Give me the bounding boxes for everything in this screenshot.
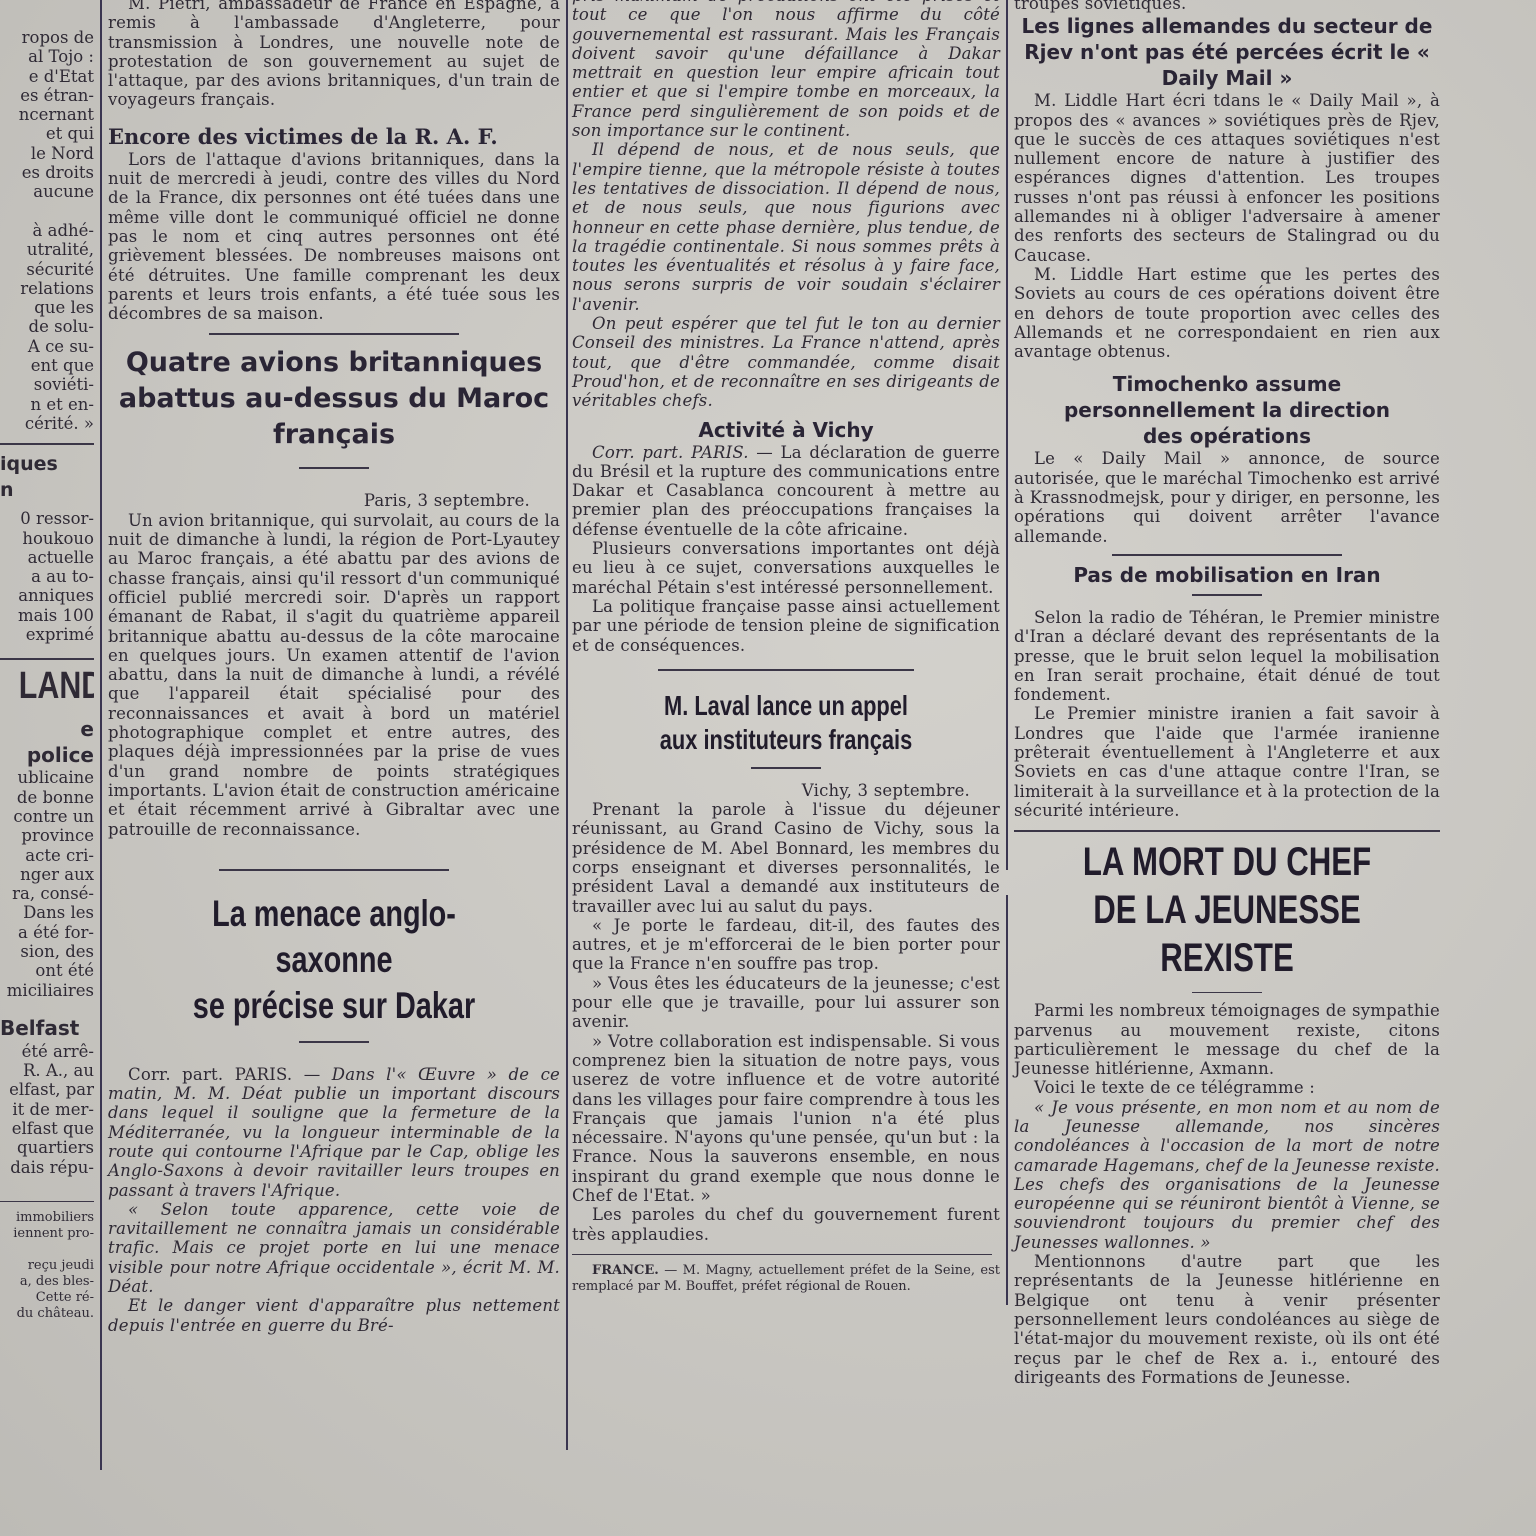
rexiste-headline-line2: DE LA JEUNESSE REXISTE — [1061, 886, 1393, 982]
laval-p3: » Vous êtes les éducateurs de la jeuness… — [572, 974, 1000, 1032]
vichy-source: Corr. part. PARIS. — [592, 443, 749, 462]
dakar-lead-text: Dans l'« Œuvre » de ce matin, M. M. Déat… — [108, 1065, 560, 1200]
fragment-line: anniques — [0, 586, 94, 605]
fragment-line: et qui — [0, 124, 94, 143]
maroc-dateline: Paris, 3 septembre. — [108, 491, 560, 510]
raf-body: Lors de l'attaque d'avions britanniques,… — [108, 150, 560, 324]
fragment-line: ont été — [0, 961, 94, 980]
fragment-line: relations — [0, 279, 94, 298]
fragment-line — [0, 1242, 94, 1258]
rexiste-p2: Voici le texte de ce télégramme : — [1014, 1078, 1440, 1097]
fragment-line: e d'Etat — [0, 67, 94, 86]
dakar-lead-source: Corr. part. PARIS. — — [128, 1065, 332, 1084]
left-fragments-a: ropos deal Tojo :e d'Etates étran-ncerna… — [0, 28, 94, 433]
divider — [658, 669, 914, 671]
dakar-quote: « Selon toute apparence, cette voie de r… — [108, 1200, 560, 1296]
column-rule — [1006, 895, 1008, 1305]
laval-article: M. Laval lance un appel aux instituteurs… — [572, 689, 1000, 1244]
fragment-line: a au to- — [0, 567, 94, 586]
fragment-line: ncernant — [0, 105, 94, 124]
raf-article: Encore des victimes de la R. A. F. Lors … — [108, 124, 560, 324]
divider — [299, 467, 369, 469]
timochenko-body: Le « Daily Mail » annonce, de source aut… — [1014, 449, 1440, 545]
fragment-line: reçu jeudi — [0, 1258, 94, 1274]
fragment-line: a été for- — [0, 923, 94, 942]
left-edge-column: ropos deal Tojo :e d'Etates étran-ncerna… — [0, 28, 94, 1322]
divider — [1192, 594, 1262, 596]
fragment-line: elfast que — [0, 1119, 94, 1138]
iran-p1: Selon la radio de Téhéran, le Premier mi… — [1014, 608, 1440, 704]
iran-headline: Pas de mobilisation en Iran — [1014, 562, 1440, 588]
laval-p4: » Votre collaboration est indispensable.… — [572, 1032, 1000, 1206]
fragment-line: iques — [0, 451, 94, 477]
column-rule — [1006, 0, 1008, 870]
rexiste-headline-line1: LA MORT DU CHEF — [1061, 838, 1393, 886]
fragment-line: miciliaires — [0, 981, 94, 1000]
divider — [1192, 992, 1262, 993]
fragment-line: immobiliers — [0, 1210, 94, 1226]
fragment-line: police — [0, 742, 94, 768]
depend-paragraph: Il dépend de nous, et de nous seuls, que… — [572, 140, 1000, 314]
rjev-p2: M. Liddle Hart estime que les pertes des… — [1014, 265, 1440, 361]
rexiste-quote: « Je vous présente, en mon nom et au nom… — [1014, 1098, 1440, 1252]
rexiste-p3: Mentionnons d'autre part que les représe… — [1014, 1252, 1440, 1387]
fragment-line: mais 100 — [0, 606, 94, 625]
laval-headline-line2: aux instituteurs français — [619, 723, 953, 757]
rjev-p1: M. Liddle Hart écri tdans le « Daily Mai… — [1014, 91, 1440, 265]
fragment-line: dais répu- — [0, 1158, 94, 1177]
fragment-line: R. A., au — [0, 1061, 94, 1080]
iran-p2: Le Premier ministre iranien a fait savoi… — [1014, 704, 1440, 820]
divider — [1014, 830, 1440, 832]
fragment-line: exprimé — [0, 625, 94, 644]
divider — [209, 333, 459, 335]
fragment-line: es droits — [0, 163, 94, 182]
divider — [219, 869, 449, 871]
fragment-line: Dans les — [0, 903, 94, 922]
left-heading-belfast: Belfast — [0, 1014, 94, 1042]
left-heading-police: epolice — [0, 716, 94, 768]
fragment-line: ra, consé- — [0, 884, 94, 903]
fragment-line: aucune — [0, 182, 94, 201]
fragment-line: été arrê- — [0, 1042, 94, 1061]
rexiste-article: LA MORT DU CHEF DE LA JEUNESSE REXISTE P… — [1014, 838, 1440, 1387]
soviet-fragment: troupes soviétiques. — [1014, 0, 1440, 13]
fragment-line: acte cri- — [0, 846, 94, 865]
fragment-line: utralité, — [0, 240, 94, 259]
fragment-line: n et en- — [0, 395, 94, 414]
fragment-line: contre un — [0, 807, 94, 826]
fragment-line: a, des bles- — [0, 1274, 94, 1290]
maroc-headline: Quatre avions britanniques abattus au-de… — [108, 345, 560, 453]
fragment-line: it de mer- — [0, 1100, 94, 1119]
fragment-line: sion, des — [0, 942, 94, 961]
divider — [0, 1201, 94, 1202]
maroc-article: Quatre avions britanniques abattus au-de… — [108, 345, 560, 838]
left-fragments-f: immobiliersiennent pro- reçu jeudia, des… — [0, 1210, 94, 1322]
maroc-body: Un avion britannique, qui survolait, au … — [108, 511, 560, 839]
fragment-line: nger aux — [0, 865, 94, 884]
raf-headline: Encore des victimes de la R. A. F. — [108, 124, 560, 150]
column-3: troupes soviétiques. Les lignes allemand… — [1014, 0, 1440, 1387]
dakar-danger: Et le danger vient d'apparaître plus net… — [108, 1296, 560, 1335]
vichy-headline: Activité à Vichy — [572, 417, 1000, 443]
pietri-paragraph: M. Pietri, ambassadeur de France en Espa… — [108, 0, 560, 110]
vichy-body-2: Plusieurs conversations importantes ont … — [572, 539, 1000, 597]
dakar-headline-line1: La menace anglo-saxonne — [158, 891, 511, 983]
fragment-line: le Nord — [0, 144, 94, 163]
fragment-line: quartiers — [0, 1138, 94, 1157]
laval-p2: « Je porte le fardeau, dit-il, des faute… — [572, 916, 1000, 974]
laval-dateline: Vichy, 3 septembre. — [572, 781, 1000, 800]
divider — [1112, 554, 1342, 556]
fragment-line: ent que — [0, 356, 94, 375]
divider — [299, 1041, 369, 1043]
left-heading-fragment: iquesn — [0, 451, 94, 503]
fragment-line: houkouo — [0, 529, 94, 548]
fragment-line: elfast, par — [0, 1080, 94, 1099]
france-brief-label: FRANCE. — [592, 1263, 659, 1278]
vichy-body-1: Corr. part. PARIS. — La déclaration de g… — [572, 443, 1000, 539]
fragment-line: sécurité — [0, 260, 94, 279]
timochenko-headline: Timochenko assume personnellement la dir… — [1014, 371, 1440, 449]
left-fragments-d: ublicainede bonnecontre unprovinceacte c… — [0, 768, 94, 1000]
left-fragments-b: 0 ressor-houkouoactuellea au to-anniques… — [0, 509, 94, 644]
fragment-line: n — [0, 477, 94, 503]
column-rule — [100, 0, 102, 1470]
rexiste-p1: Parmi les nombreux témoignages de sympat… — [1014, 1001, 1440, 1078]
dakar-article: La menace anglo-saxonne se précise sur D… — [108, 891, 560, 1335]
iran-article: Pas de mobilisation en Iran Selon la rad… — [1014, 562, 1440, 820]
left-heading-lande: LANDE — [19, 664, 94, 708]
fragment-line: à adhé- — [0, 221, 94, 240]
left-fragments-e: été arrê-R. A., auelfast, parit de mer-e… — [0, 1042, 94, 1177]
divider — [751, 767, 821, 769]
vichy-article: Activité à Vichy Corr. part. PARIS. — La… — [572, 417, 1000, 655]
fragment-line: de solu- — [0, 317, 94, 336]
column-2: pris maximum de précautions ont été pris… — [572, 0, 1000, 1295]
rjev-article: Les lignes allemandes du secteur de Rjev… — [1014, 13, 1440, 361]
fragment-line: ublicaine — [0, 768, 94, 787]
fragment-line: al Tojo : — [0, 47, 94, 66]
fragment-line: du château. — [0, 1306, 94, 1322]
fragment-line: province — [0, 826, 94, 845]
fragment-line: es étran- — [0, 86, 94, 105]
fragment-line: 0 ressor- — [0, 509, 94, 528]
dakar-continuation: pris maximum de précautions ont été pris… — [572, 0, 1000, 140]
fragment-line: que les — [0, 298, 94, 317]
timochenko-article: Timochenko assume personnellement la dir… — [1014, 371, 1440, 545]
dakar-lead: Corr. part. PARIS. — Dans l'« Œuvre » de… — [108, 1065, 560, 1200]
laval-p1: Prenant la parole à l'issue du déjeuner … — [572, 800, 1000, 916]
fragment-line: e — [0, 716, 94, 742]
fragment-line: ropos de — [0, 28, 94, 47]
fragment-line: cérité. » — [0, 414, 94, 433]
rjev-headline: Les lignes allemandes du secteur de Rjev… — [1014, 13, 1440, 91]
vichy-body-3: La politique française passe ainsi actue… — [572, 597, 1000, 655]
divider — [0, 443, 94, 445]
espere-paragraph: On peut espérer que tel fut le ton au de… — [572, 314, 1000, 410]
fragment-line — [0, 202, 94, 221]
column-1: M. Pietri, ambassadeur de France en Espa… — [108, 0, 560, 1335]
laval-p5: Les paroles du chef du gouvernement fure… — [572, 1205, 1000, 1244]
fragment-line: soviéti- — [0, 375, 94, 394]
fragment-line: Cette ré- — [0, 1290, 94, 1306]
fragment-line: actuelle — [0, 548, 94, 567]
newspaper-page: ropos deal Tojo :e d'Etates étran-ncerna… — [0, 0, 1536, 1536]
divider — [572, 1254, 992, 1255]
column-rule — [566, 0, 568, 1450]
divider — [0, 658, 94, 660]
dakar-headline-line2: se précise sur Dakar — [158, 983, 511, 1029]
fragment-line: A ce su- — [0, 337, 94, 356]
fragment-line: iennent pro- — [0, 1226, 94, 1242]
fragment-line: de bonne — [0, 788, 94, 807]
france-brief: FRANCE. — M. Magny, actuellement préfet … — [572, 1263, 1000, 1295]
laval-headline-line1: M. Laval lance un appel — [619, 689, 953, 723]
